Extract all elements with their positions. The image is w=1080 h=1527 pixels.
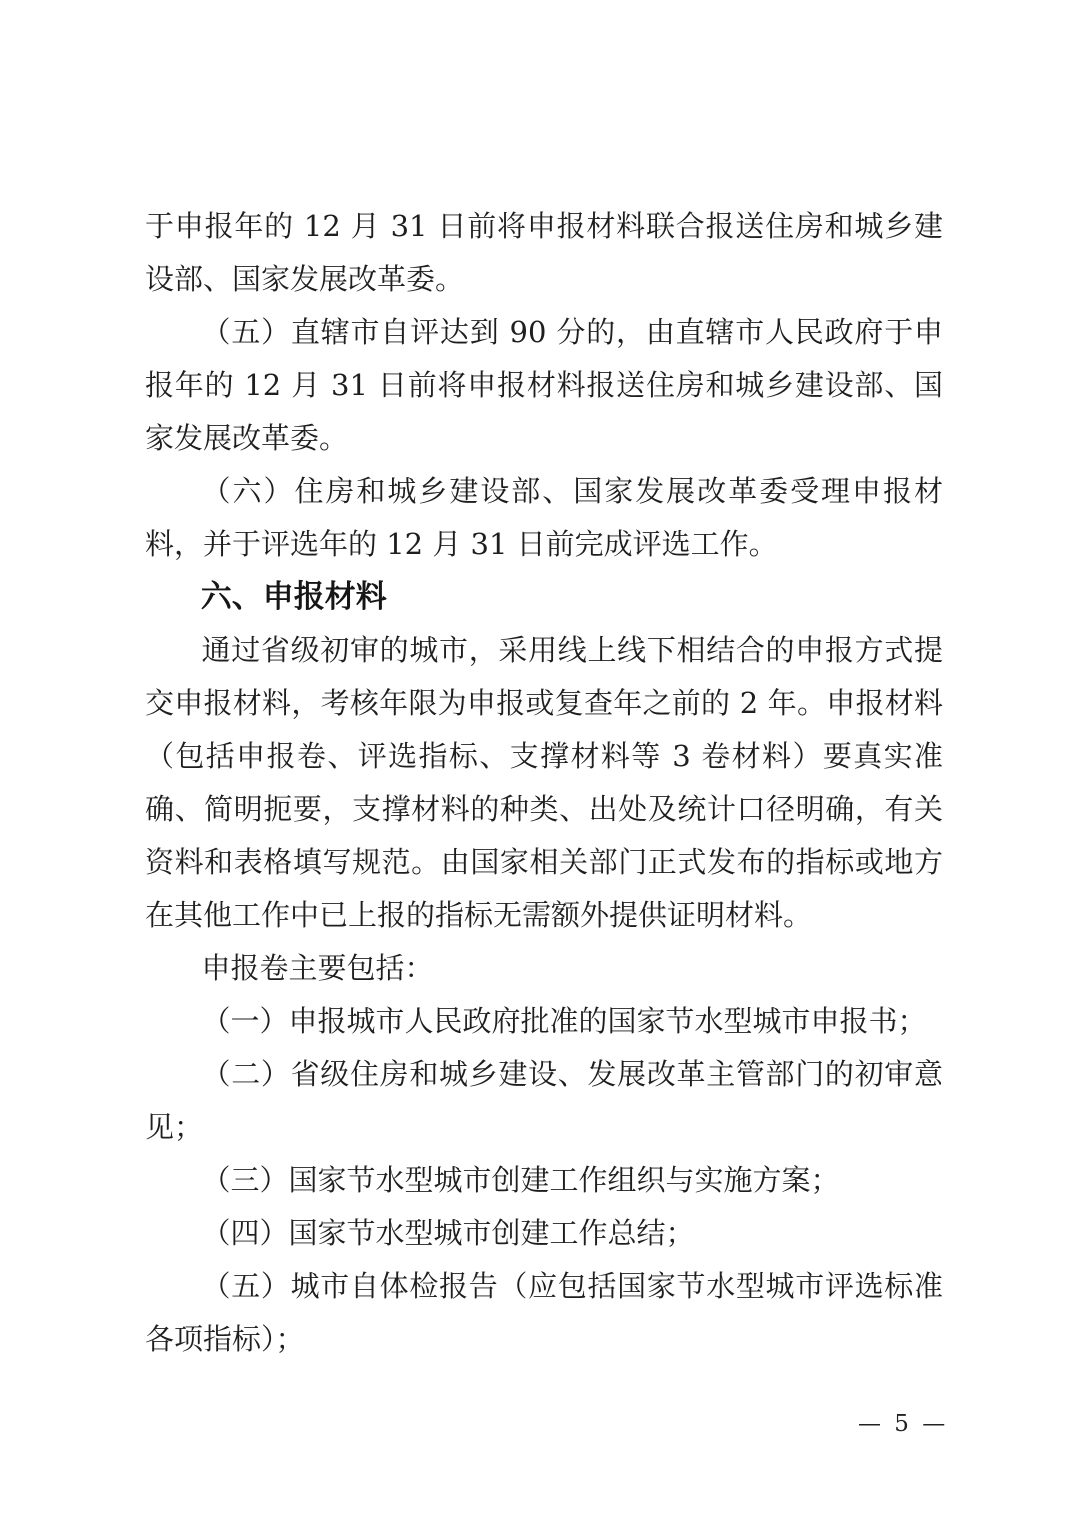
paragraph-materials-intro: 通过省级初审的城市，采用线上线下相结合的申报方式提交申报材料，考核年限为申报或复… [145, 624, 943, 942]
page-number: — 5 — [858, 1408, 948, 1440]
list-item-4: （四）国家节水型城市创建工作总结； [145, 1207, 943, 1260]
document-content: 于申报年的 12 月 31 日前将申报材料联合报送住房和城乡建设部、国家发展改革… [145, 200, 943, 1366]
paragraph-list-lead: 申报卷主要包括： [145, 942, 943, 995]
paragraph-continuation: 于申报年的 12 月 31 日前将申报材料联合报送住房和城乡建设部、国家发展改革… [145, 200, 943, 306]
list-item-1: （一）申报城市人民政府批准的国家节水型城市申报书； [145, 995, 943, 1048]
paragraph-item-liu: （六）住房和城乡建设部、国家发展改革委受理申报材料，并于评选年的 12 月 31… [145, 465, 943, 571]
section-heading-application-materials: 六、申报材料 [145, 571, 943, 624]
list-item-2: （二）省级住房和城乡建设、发展改革主管部门的初审意见； [145, 1048, 943, 1154]
document-page: 于申报年的 12 月 31 日前将申报材料联合报送住房和城乡建设部、国家发展改革… [0, 0, 1080, 1527]
list-item-3: （三）国家节水型城市创建工作组织与实施方案； [145, 1154, 943, 1207]
list-item-5: （五）城市自体检报告（应包括国家节水型城市评选标准各项指标）； [145, 1260, 943, 1366]
paragraph-item-wu: （五）直辖市自评达到 90 分的，由直辖市人民政府于申报年的 12 月 31 日… [145, 306, 943, 465]
